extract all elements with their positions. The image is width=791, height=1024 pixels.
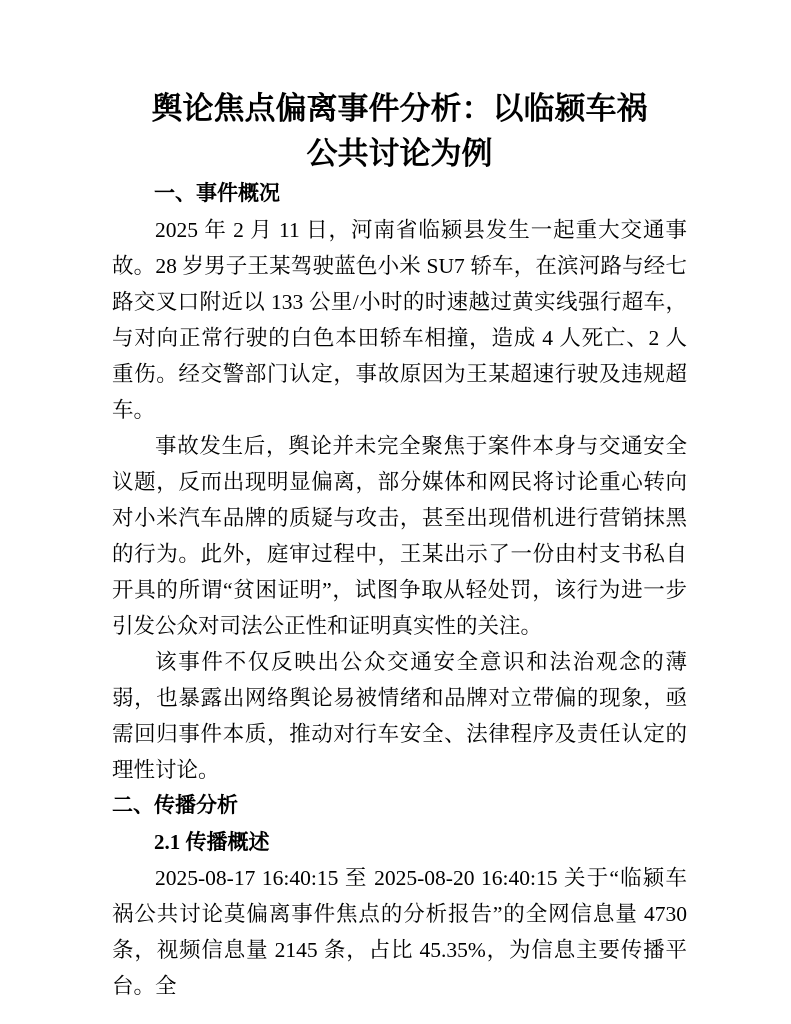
document-title-line-1: 舆论焦点偏离事件分析：以临颍车祸 (112, 86, 687, 131)
paragraph-event-reflection: 该事件不仅反映出公众交通安全意识和法治观念的薄弱，也暴露出网络舆论易被情绪和品牌… (112, 644, 687, 788)
section-heading-spread-analysis: 二、传播分析 (112, 788, 687, 824)
document-title: 舆论焦点偏离事件分析：以临颍车祸 公共讨论为例 (112, 86, 687, 176)
paragraph-spread-statistics: 2025-08-17 16:40:15 至 2025-08-20 16:40:1… (112, 860, 687, 1004)
document-title-line-2: 公共讨论为例 (112, 131, 687, 176)
section-heading-event-overview: 一、事件概况 (112, 176, 687, 212)
paragraph-accident-facts: 2025 年 2 月 11 日，河南省临颍县发生一起重大交通事故。28 岁男子王… (112, 212, 687, 428)
document-page: 舆论焦点偏离事件分析：以临颍车祸 公共讨论为例 一、事件概况 2025 年 2 … (0, 0, 791, 1024)
subsection-heading-spread-overview: 2.1 传播概述 (112, 824, 687, 860)
paragraph-opinion-deviation: 事故发生后，舆论并未完全聚焦于案件本身与交通安全议题，反而出现明显偏离，部分媒体… (112, 428, 687, 644)
